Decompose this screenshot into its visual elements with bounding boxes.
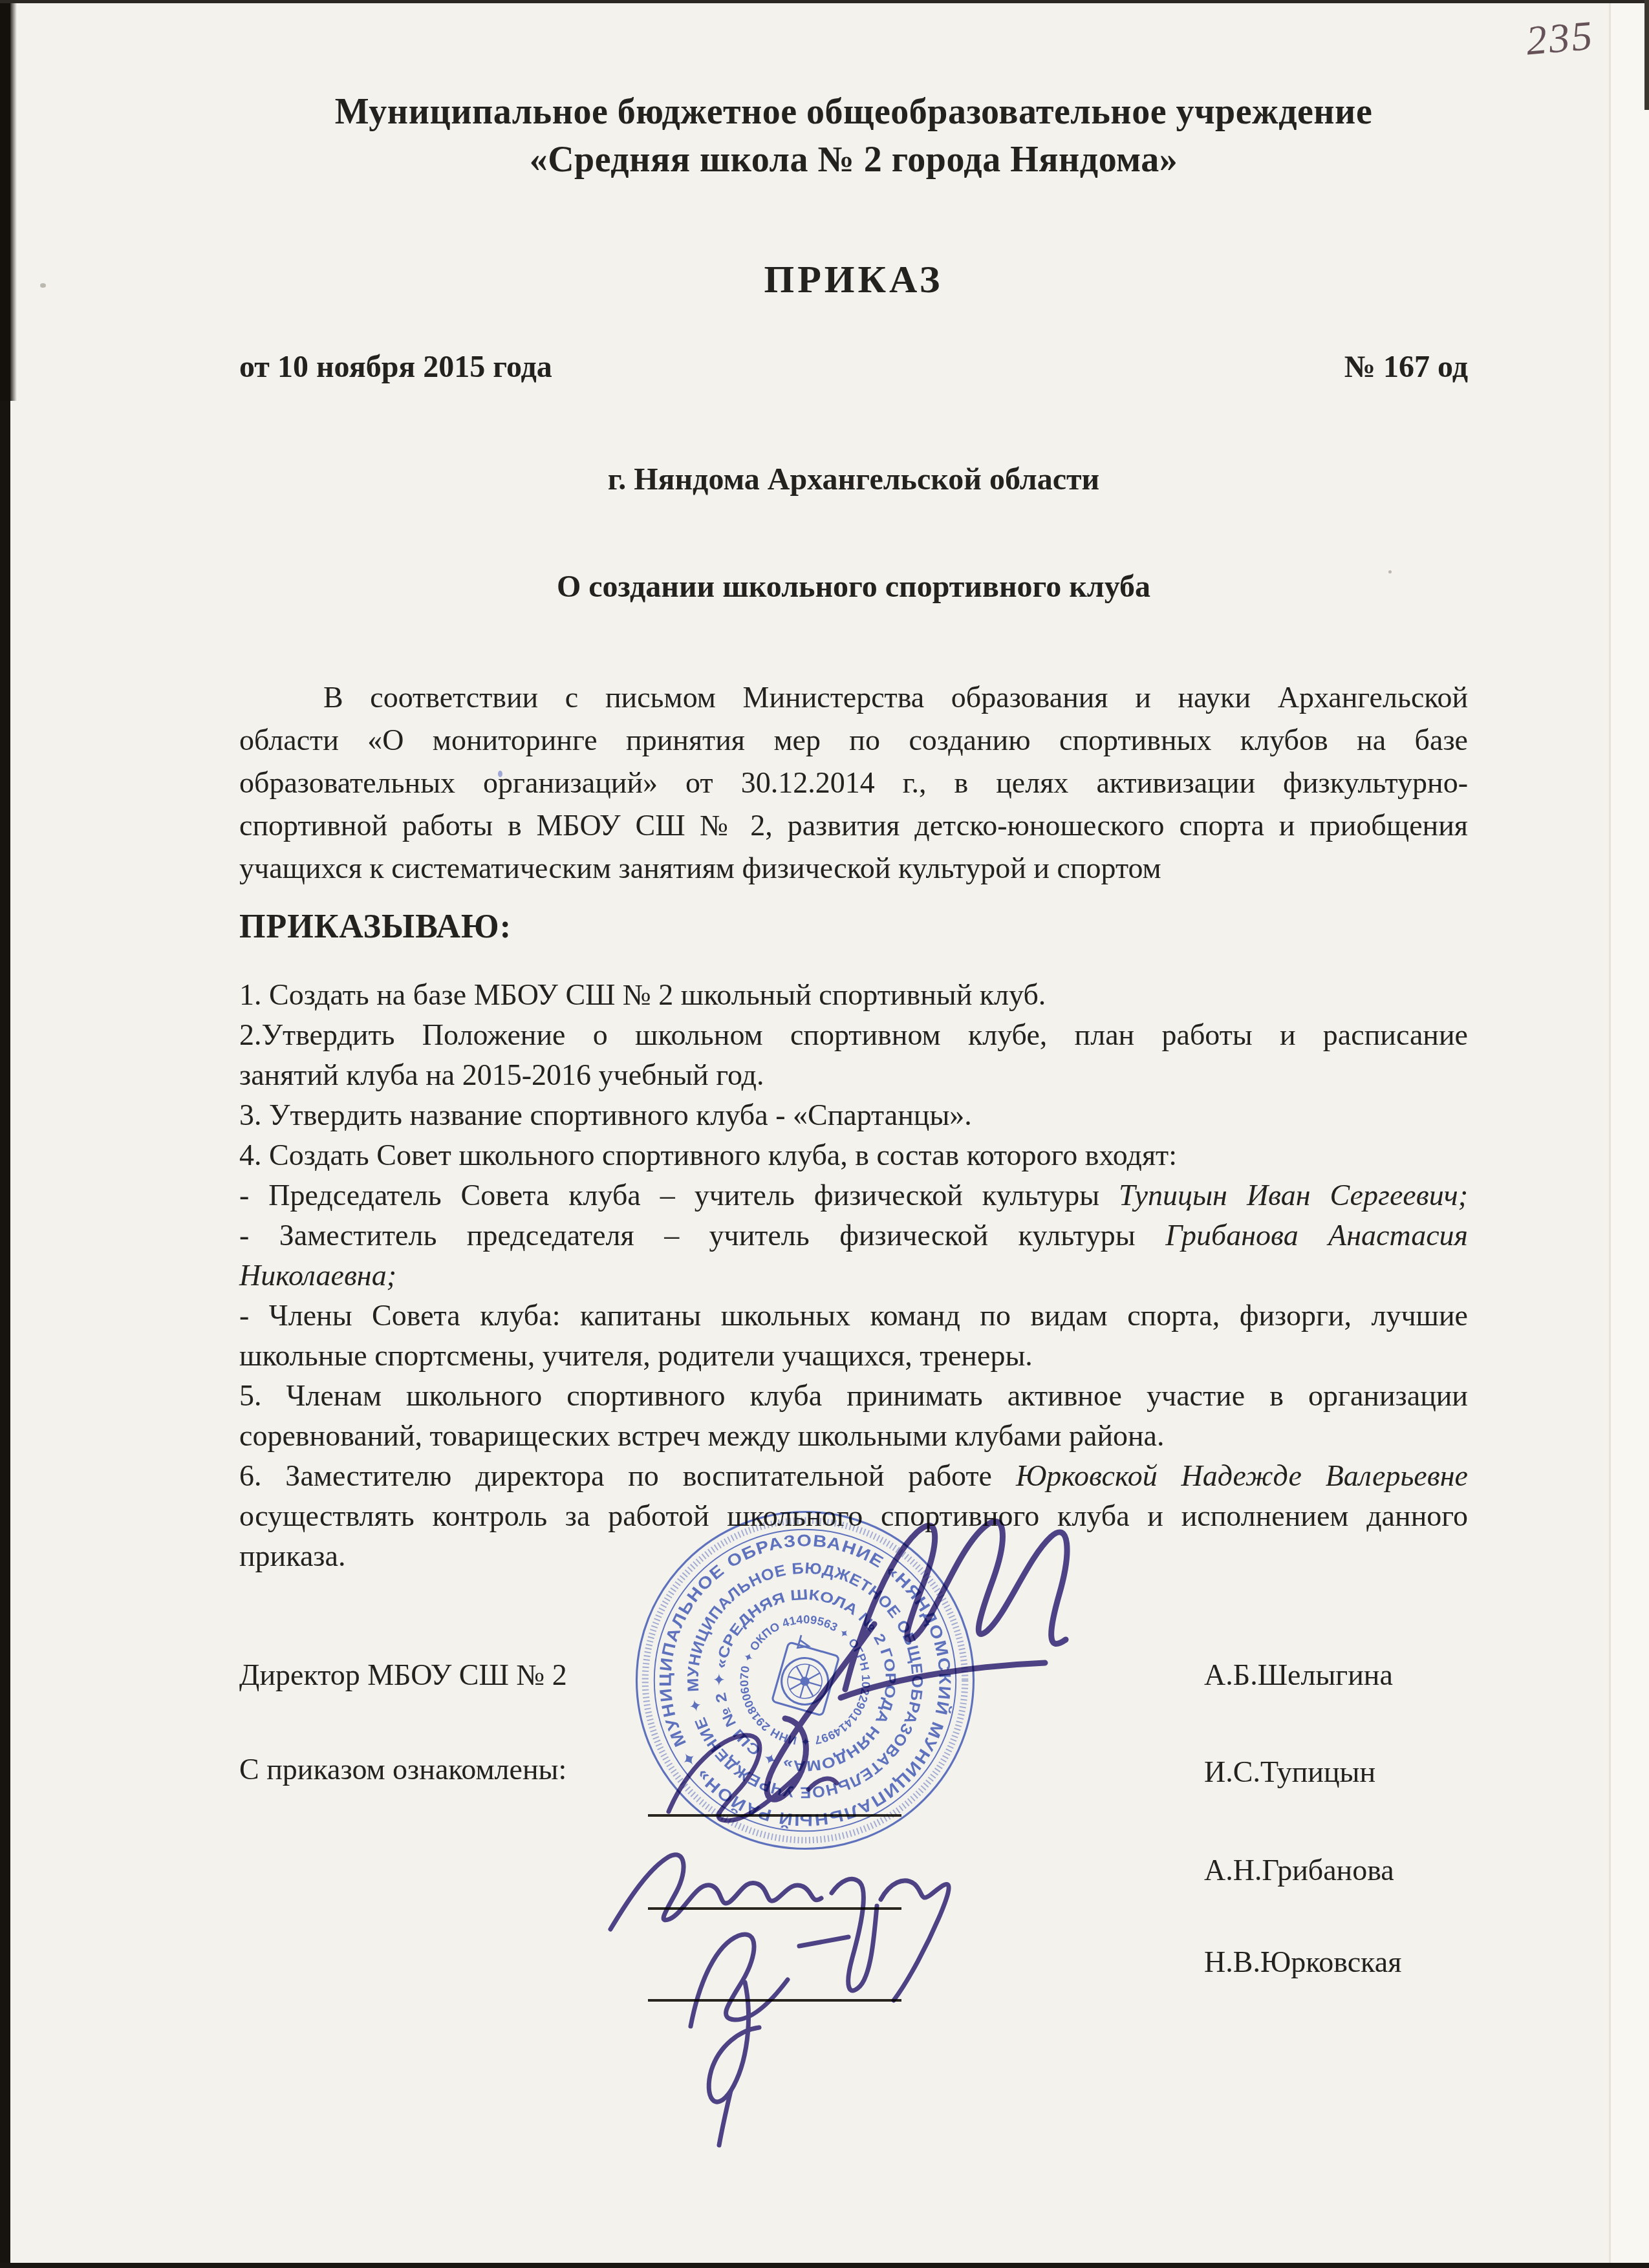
- date-number-row: от 10 ноября 2015 года № 167 од: [239, 349, 1468, 385]
- org-header: Муниципальное бюджетное общеобразователь…: [239, 88, 1468, 184]
- director-name: А.Б.Шелыгина: [1204, 1658, 1393, 1692]
- tupitsyn-signature: [669, 1735, 837, 1821]
- scan-edge-bottom: [0, 2263, 1649, 2268]
- org-name-line1: Муниципальное бюджетное общеобразователь…: [239, 88, 1468, 136]
- preamble-line: учащихся к систематическим занятиям физи…: [239, 847, 1468, 890]
- handwritten-page-number: 235: [1524, 12, 1596, 65]
- order-item-4-members-cont: школьные спортсмены, учителя, родители у…: [239, 1336, 1468, 1376]
- order-item-1: 1. Создать на базе МБОУ СШ № 2 школьный …: [239, 975, 1468, 1015]
- order-item-2-cont: занятий клуба на 2015-2016 учебный год.: [239, 1055, 1468, 1095]
- yurkovskaya-signature: [691, 1934, 848, 2145]
- person-name: Грибанова Анастасия: [1165, 1219, 1468, 1252]
- ink-signatures: [582, 1474, 1196, 2159]
- order-item-2: 2.Утвердить Положение о школьном спортив…: [239, 1015, 1468, 1055]
- preamble-line: В соответствии с письмом Министерства об…: [239, 676, 1468, 719]
- org-name-line2: «Средняя школа № 2 города Няндома»: [239, 136, 1468, 184]
- person-name: Тупицын Иван Сергеевич;: [1119, 1179, 1468, 1212]
- order-item-4-deputy-cont: Николаевна;: [239, 1256, 1468, 1296]
- order-item-5: 5. Членам школьного спортивного клуба пр…: [239, 1376, 1468, 1416]
- preamble-paragraph: В соответствии с письмом Министерства об…: [239, 676, 1468, 890]
- decree-word: ПРИКАЗЫВАЮ:: [239, 908, 512, 945]
- doc-subject: О создании школьного спортивного клуба: [557, 570, 1150, 604]
- order-item-4-chair: - Председатель Совета клуба – учитель фи…: [239, 1175, 1468, 1215]
- doc-type-title: ПРИКАЗ: [764, 258, 943, 301]
- scan-right-page-strip: [1611, 0, 1649, 2268]
- director-signature: [767, 1521, 1067, 1799]
- scan-edge-right: [1644, 0, 1649, 110]
- acknowledged-label: С приказом ознакомлены:: [239, 1752, 566, 1786]
- scanned-document-page: 235 Муниципальное бюджетное общеобразова…: [0, 0, 1649, 2268]
- doc-date: от 10 ноября 2015 года: [239, 349, 552, 385]
- preamble-line: спортивной работы в МБОУ СШ № 2, развити…: [239, 804, 1468, 847]
- order-item-4-members: - Члены Совета клуба: капитаны школьных …: [239, 1296, 1468, 1336]
- order-item-4-deputy: - Заместитель председателя – учитель физ…: [239, 1215, 1468, 1256]
- preamble-line: области «О мониторинге принятия мер по с…: [239, 719, 1468, 762]
- ack-name-yurkovskaya: Н.В.Юрковская: [1204, 1945, 1401, 1979]
- director-label: Директор МБОУ СШ № 2: [239, 1658, 567, 1692]
- ack-name-gribanova: А.Н.Грибанова: [1204, 1853, 1394, 1887]
- order-item-5-cont: соревнований, товарищеских встреч между …: [239, 1416, 1468, 1456]
- order-item-3: 3. Утвердить название спортивного клуба …: [239, 1095, 1468, 1135]
- gribanova-signature: [610, 1855, 949, 2000]
- preamble-line: образовательных организаций» от 30.12.20…: [239, 762, 1468, 804]
- doc-number: № 167 од: [1344, 349, 1468, 385]
- doc-place: г. Няндома Архангельской области: [608, 462, 1100, 497]
- scan-edge-left-top: [0, 0, 17, 401]
- order-item-4: 4. Создать Совет школьного спортивного к…: [239, 1135, 1468, 1175]
- scan-fold-line: [1609, 0, 1611, 2268]
- scan-edge-top: [0, 0, 1649, 3]
- scan-speck: [40, 283, 46, 288]
- ack-name-tupitsyn: И.С.Тупицын: [1204, 1755, 1375, 1789]
